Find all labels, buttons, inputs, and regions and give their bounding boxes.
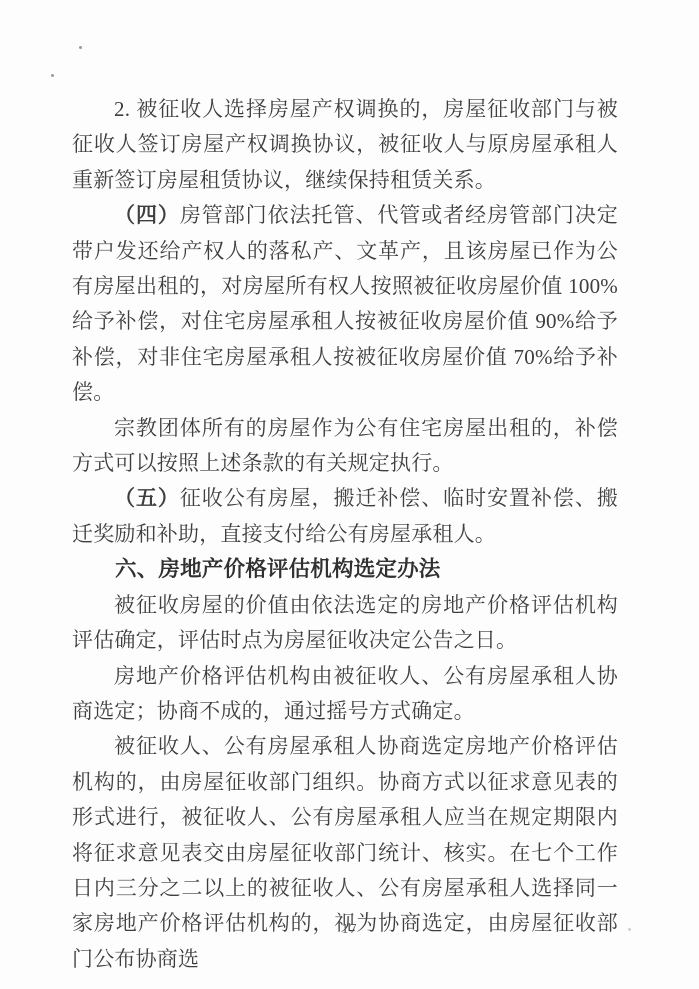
section-heading: 六、房地产价格评估机构选定办法 — [72, 552, 618, 587]
paragraph: 宗教团体所有的房屋作为公有住宅房屋出租的，补偿方式可以按照上述条款的有关规定执行… — [72, 411, 618, 482]
document-page: 2. 被征收人选择房屋产权调换的，房屋征收部门与被征收人签订房屋产权调换协议，被… — [0, 0, 699, 989]
document-body: 2. 被征收人选择房屋产权调换的，房屋征收部门与被征收人签订房屋产权调换协议，被… — [72, 92, 618, 977]
paragraph: 被征收房屋的价值由依法选定的房地产价格评估机构评估确定，评估时点为房屋征收决定公… — [72, 588, 618, 659]
section-heading-text: 六、房地产价格评估机构选定办法 — [115, 557, 441, 581]
paragraph-text: 房地产价格评估机构由被征收人、公有房屋承租人协商选定；协商不成的，通过摇号方式确… — [72, 664, 618, 723]
scan-speck — [51, 74, 54, 77]
paragraph: 被征收人、公有房屋承租人协商选定房地产价格评估机构的，由房屋征收部门组织。协商方… — [72, 729, 618, 977]
paragraph-lead: （五） — [114, 486, 180, 510]
paragraph-text: 宗教团体所有的房屋作为公有住宅房屋出租的，补偿方式可以按照上述条款的有关规定执行… — [72, 416, 618, 475]
paragraph-text: 被征收房屋的价值由依法选定的房地产价格评估机构评估确定，评估时点为房屋征收决定公… — [72, 593, 618, 652]
scan-speck — [79, 46, 82, 49]
page-number: 17 — [0, 922, 699, 938]
paragraph-lead: （四） — [114, 203, 180, 227]
paragraph: 2. 被征收人选择房屋产权调换的，房屋征收部门与被征收人签订房屋产权调换协议，被… — [72, 92, 618, 198]
paragraph: 房地产价格评估机构由被征收人、公有房屋承租人协商选定；协商不成的，通过摇号方式确… — [72, 659, 618, 730]
paragraph-text: 2. 被征收人选择房屋产权调换的，房屋征收部门与被征收人签订房屋产权调换协议，被… — [72, 97, 618, 192]
paragraph: （四）房管部门依法托管、代管或者经房管部门决定带户发还给产权人的落私产、文革产，… — [72, 198, 618, 410]
paragraph-text: 房管部门依法托管、代管或者经房管部门决定带户发还给产权人的落私产、文革产，且该房… — [72, 203, 618, 404]
paragraph: （五）征收公有房屋，搬迁补偿、临时安置补偿、搬迁奖励和补助，直接支付给公有房屋承… — [72, 481, 618, 552]
